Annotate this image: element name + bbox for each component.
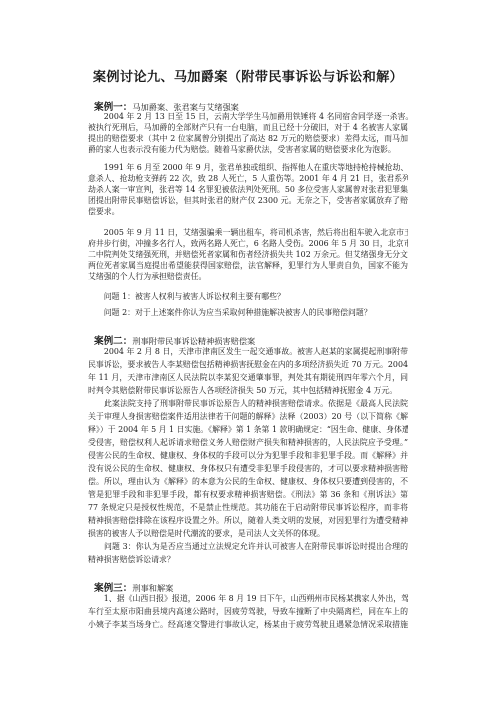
paragraph-line: 劫杀人案一审宣判，张君等 14 名罪犯被依法判处死刑。50 多位受害人家属曾对张… — [88, 184, 408, 195]
paragraph-line: 府井步行街，冲撞多名行人，致两名路人死亡，6 名路人受伤。2006 年 5 月 … — [88, 238, 408, 249]
question-3: 问题 3：你认为是否应当通过立法规定允许并认可被害人在附带民事诉讼时提出合理的 — [88, 541, 408, 552]
paragraph-line: 关于审理人身损害赔偿案件适用法律若干问题的解释》法释（2003）20 号（以下简… — [88, 411, 408, 422]
case-3-title: 刑事和解案 — [132, 583, 173, 593]
case-2-heading: 案例二：刑事附带民事诉讼精神损害赔偿案 — [94, 333, 255, 347]
paragraph-line: 艾绪强的个人行为承担赔偿责任。 — [88, 271, 408, 282]
question-2: 问题 2：对于上述案件你认为应当采取何种措施解决被害人的民事赔偿问题？ — [88, 307, 408, 318]
question-1: 问题 1：被害人权利与被害人诉讼权利主要有哪些？ — [88, 291, 408, 302]
paragraph-line: 偿要求。 — [88, 206, 408, 217]
paragraph-line: 爵的家人也表示没有能力代为赔偿。随着马家爵伏法，受害者家属的赔偿要求化为泡影。 — [88, 144, 408, 155]
case-2-title: 刑事附带民事诉讼精神损害赔偿案 — [132, 336, 255, 346]
paragraph-line: 两位死者家属当庭提出希望能获得国家赔偿，法官解释，犯罪行为人罪责自负，国家不能为 — [88, 260, 408, 271]
paragraph-line: 77 条规定只是授权性规范，不是禁止性规范。其功能在于启动附带民事诉讼程序，而非… — [88, 502, 408, 513]
paragraph-line: 释》）于 2004 年 5 月 1 日实施。《解释》第 1 条第 1 款明确规定… — [88, 424, 408, 435]
paragraph-line: 2005 年 9 月 11 日，艾绪强骗乘一辆出租车，将司机杀害，然后将出租车驶… — [88, 227, 408, 238]
document-title: 案例讨论九、马加爵案（附带民事诉讼与诉讼和解） — [88, 66, 408, 85]
paragraph-line: 被执行死刑后，马加爵的全部财产只有一台电脑，而且已经十分破旧，对于 4 名被害人… — [88, 122, 408, 133]
paragraph-line: 偿。所以，理由认为《解释》的本意为公民的生命权、健康权、身体权只要遭到侵害的，不 — [88, 476, 408, 487]
paragraph-line: 意杀人、抢劫枪支弹药 22 次，致 28 人死亡，5 人重伤等。2001 年 4… — [88, 173, 408, 184]
paragraph-line: 精神损害赔偿排除在该程序设置之外。所以，随着人类文明的发展，对因犯罪行为遭受精神 — [88, 515, 408, 526]
case-3-heading: 案例三：刑事和解案 — [94, 580, 173, 594]
paragraph-line: 受侵害，赔偿权利人起诉请求赔偿义务人赔偿财产损失和精神损害的，人民法院应予受理。… — [88, 437, 408, 448]
paragraph-line: 车行至太原市阳曲县境内高速公路时，因疲劳驾驶，导致车撞断了中央隔离栏，同在车上的 — [88, 606, 408, 617]
paragraph-line: 年 11 月，天津市津南区人民法院以李某犯交通肇事罪，判处其有期徒刑四年零六个月… — [88, 372, 408, 383]
paragraph-line: 小姨子李某当场身亡。经高速交警进行事故认定，杨某由于疲劳驾驶且遇紧急情况采取措施 — [88, 619, 408, 630]
paragraph-line: 提出的赔偿要求（其中 2 位家属曾分别提出了高达 82 万元的赔偿要求）差得太远… — [88, 133, 408, 144]
paragraph-line: 损害的被害人予以赔偿是时代潮流的要求，是司法人文关怀的体现。 — [88, 528, 408, 539]
paragraph-line: 没有说公民的生命权、健康权、身体权只有遭受非犯罪手段侵害的，才可以要求精神损害赔 — [88, 463, 408, 474]
paragraph-line: 时判令其赔偿附带民事诉讼原告人各项经济损失 50 万元，其中包括精神抚慰金 4 … — [88, 385, 408, 396]
paragraph-line: 此案法院支持了刑事附带民事诉讼原告人的精神损害赔偿请求。依据是《最高人民法院 — [88, 398, 408, 409]
paragraph-line: 团提出附带民事赔偿诉讼，但其时张君的财产仅 2300 元。无奈之下，受害者家属放… — [88, 195, 408, 206]
paragraph-line: 2004 年 2 月 13 日至 15 日，云南大学学生马加爵用铁锤将 4 名同… — [88, 111, 408, 122]
paragraph-line: 二中院判处艾绪强死刑，并赔偿死者家属和伤者经济损失共 102 万余元。但艾绪强身… — [88, 249, 408, 260]
paragraph-line: 2004 年 2 月 8 日，天津市津南区发生一起交通事故。被害人赵某的家属提起… — [88, 346, 408, 357]
paragraph-line: 民事诉讼，要求被告人李某赔偿包括精神损害抚慰金在内的多项经济损失近 70 万元。… — [88, 359, 408, 370]
paragraph-line: 侵害公民的生命权、健康权、身体权的手段可以分为犯罪手段和非犯罪手段。而《解释》并 — [88, 450, 408, 461]
paragraph-line: 管是犯罪手段和非犯罪手段，都有权要求精神损害赔偿。《刑法》第 36 条和《刑诉法… — [88, 489, 408, 500]
paragraph-line: 1991 年 6 月至 2000 年 9 月，张君单独或组织、指挥他人在重庆等地… — [88, 162, 408, 173]
question-3-cont: 精神损害赔偿诉讼请求？ — [88, 554, 408, 565]
paragraph-line: 1、据《山西日报》报道，2006 年 8 月 19 日下午，山西朔州市民杨某携家… — [88, 593, 408, 604]
